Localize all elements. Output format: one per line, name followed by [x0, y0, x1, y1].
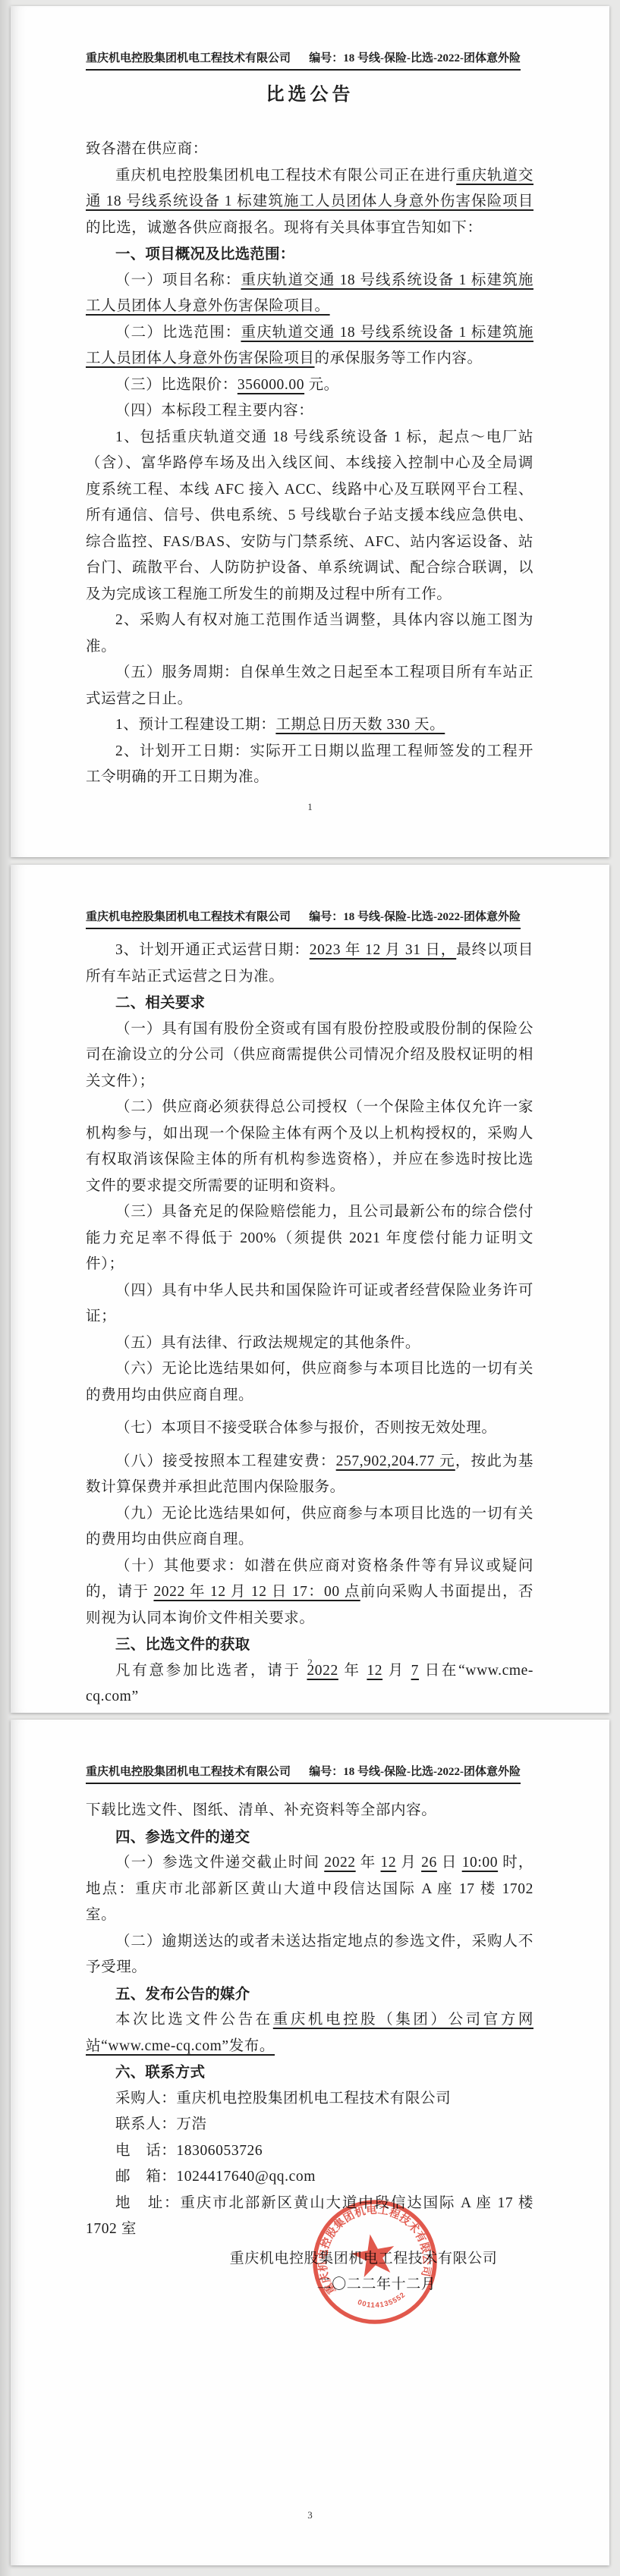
section-heading: 二、相关要求	[86, 990, 533, 1016]
section-heading: 一、项目概况及比选范围：	[86, 241, 533, 268]
text-run: 二、相关要求	[115, 994, 205, 1011]
underlined-text: 2022 年 12 月 12 日 17：00 点	[153, 1584, 360, 1600]
text-run: 年	[356, 1855, 381, 1871]
underlined-text: 257,902,204.77 元	[336, 1453, 455, 1469]
text-run: 下载比选文件、图纸、清单、补充资料等全部内容。	[86, 1802, 436, 1818]
text-run: 日	[437, 1855, 462, 1871]
text-run: （三）具备充足的保险赔偿能力，且公司最新公布的综合偿付能力充足率不得低于 200…	[86, 1204, 533, 1272]
section-heading: 三、比选文件的获取	[86, 1632, 533, 1658]
text-run: （二）供应商必须获得总公司授权（一个保险主体仅允许一家机构参与，如出现一个保险主…	[86, 1099, 533, 1194]
underlined-text: 12	[381, 1855, 397, 1871]
text-run: （三）比选限价：	[115, 377, 238, 393]
header-doc-number: 编号：18 号线-保险-比选-2022-团体意外险	[309, 1765, 521, 1779]
paragraph: 下载比选文件、图纸、清单、补充资料等全部内容。	[86, 1798, 533, 1824]
underlined-text: 356000.00	[238, 377, 304, 393]
text-run: （二）比选范围：	[115, 325, 241, 341]
text-run: （一）项目名称：	[115, 272, 241, 288]
header-doc-number: 编号：18 号线-保险-比选-2022-团体意外险	[309, 52, 521, 65]
text-run: （四）本标段工程主要内容：	[115, 403, 313, 419]
paragraph: 1、预计工程建设工期：工期总日历天数 330 天。	[86, 712, 533, 739]
page-header: 重庆机电控股集团机电工程技术有限公司 编号：18 号线-保险-比选-2022-团…	[86, 910, 521, 929]
underlined-text: 10:00	[462, 1855, 498, 1871]
text-run: 的比选，诚邀各供应商报名。现将有关具体事宜告知如下：	[86, 220, 483, 236]
paragraph: （一）项目名称：重庆轨道交通 18 号线系统设备 1 标建筑施工人员团体人身意外…	[86, 268, 533, 320]
text-run: （四）具有中华人民共和国保险许可证或者经营保险业务许可证；	[86, 1283, 533, 1325]
paragraph: （五）具有法律、行政法规规定的其他条件。	[86, 1330, 533, 1357]
page-3: 重庆机电控股集团机电工程技术有限公司 编号：18 号线-保险-比选-2022-团…	[11, 1720, 609, 2565]
paragraph: 重庆机电控股集团机电工程技术有限公司正在进行重庆轨道交通 18 号线系统设备 1…	[86, 163, 533, 242]
text-run: （二）逾期送达的或者未送达指定地点的参选文件，采购人不予受理。	[86, 1934, 533, 1976]
paragraph: 电 话：18306053726	[86, 2138, 533, 2165]
paragraph: （三）具备充足的保险赔偿能力，且公司最新公布的综合偿付能力充足率不得低于 200…	[86, 1199, 533, 1278]
text-run: （九）无论比选结果如何，供应商参与本项目比选的一切有关的费用均由供应商自理。	[86, 1506, 533, 1548]
text-run: （一）参选文件递交截止时间	[115, 1855, 324, 1871]
paragraph: （一）具有国有股份全资或有国有股份控股或股份制的保险公司在渝设立的分公司（供应商…	[86, 1016, 533, 1095]
text-run: 电 话：18306053726	[115, 2143, 263, 2159]
paragraph: 2、计划开工日期：实际开工日期以监理工程师签发的工程开工令明确的开工日期为准。	[86, 739, 533, 791]
page-number: 3	[11, 2509, 609, 2521]
paragraph: （四）具有中华人民共和国保险许可证或者经营保险业务许可证；	[86, 1278, 533, 1330]
document-title: 比选公告	[11, 83, 609, 106]
paragraph: 致各潜在供应商：	[86, 137, 533, 163]
paragraph: （七）本项目不接受联合体参与报价，否则按无效处理。	[86, 1415, 533, 1442]
section-heading: 六、联系方式	[86, 2059, 533, 2086]
paragraph: （九）无论比选结果如何，供应商参与本项目比选的一切有关的费用均由供应商自理。	[86, 1501, 533, 1553]
underlined-text: 2023 年 12 月 31 日，	[310, 942, 456, 958]
text-run: 四、参选文件的递交	[115, 1829, 250, 1846]
paragraph: （六）无论比选结果如何，供应商参与本项目比选的一切有关的费用均由供应商自理。	[86, 1356, 533, 1409]
text-run: 元。	[304, 377, 339, 393]
paragraph: （八）接受按照本工程建安费：257,902,204.77 元，按此为基数计算保费…	[86, 1449, 533, 1501]
text-run: （六）无论比选结果如何，供应商参与本项目比选的一切有关的费用均由供应商自理。	[86, 1361, 533, 1403]
text-run: 2、采购人有权对施工范围作适当调整，具体内容以施工图为准。	[86, 612, 533, 655]
text-run: （五）具有法律、行政法规规定的其他条件。	[115, 1335, 420, 1351]
paragraph: （一）参选文件递交截止时间 2022 年 12 月 26 日 10:00 时，地…	[86, 1850, 533, 1929]
seal-icon: 重庆机电控股集团机电工程技术有限公司 5001141355521	[301, 2188, 450, 2337]
text-run: 致各潜在供应商：	[86, 141, 208, 157]
text-run: 六、联系方式	[115, 2064, 205, 2081]
section-heading: 四、参选文件的递交	[86, 1824, 533, 1851]
header-company: 重庆机电控股集团机电工程技术有限公司	[86, 52, 291, 65]
page-1: 重庆机电控股集团机电工程技术有限公司 编号：18 号线-保险-比选-2022-团…	[11, 6, 609, 857]
text-run: 一、项目概况及比选范围：	[115, 246, 294, 262]
text-run: （一）具有国有股份全资或有国有股份控股或股份制的保险公司在渝设立的分公司（供应商…	[86, 1021, 533, 1089]
text-run: 月	[396, 1855, 421, 1871]
text-run: 联系人：万浩	[115, 2116, 207, 2132]
text-run: 的承保服务等工作内容。	[315, 350, 483, 366]
document-scan: 重庆机电控股集团机电工程技术有限公司 编号：18 号线-保险-比选-2022-团…	[0, 0, 620, 2576]
paragraph: 本次比选文件公告在重庆机电控股（集团）公司官方网站“www.cme-cq.com…	[86, 2007, 533, 2059]
paragraph: （十）其他要求：如潜在供应商对资格条件等有异议或疑问的，请于 2022 年 12…	[86, 1553, 533, 1632]
header-doc-number: 编号：18 号线-保险-比选-2022-团体意外险	[309, 910, 521, 924]
paragraph: （二）供应商必须获得总公司授权（一个保险主体仅允许一家机构参与，如出现一个保险主…	[86, 1095, 533, 1199]
text-run: 邮 箱：1024417640@qq.com	[115, 2169, 316, 2185]
paragraph: 采购人：重庆机电控股集团机电工程技术有限公司	[86, 2086, 533, 2113]
page-header: 重庆机电控股集团机电工程技术有限公司 编号：18 号线-保险-比选-2022-团…	[86, 52, 521, 71]
text-run: 三、比选文件的获取	[115, 1636, 250, 1653]
text-run: 重庆机电控股集团机电工程技术有限公司正在进行	[115, 168, 456, 184]
paragraph: 2、采购人有权对施工范围作适当调整，具体内容以施工图为准。	[86, 608, 533, 660]
paragraph: （五）服务周期：自保单生效之日起至本工程项目所有车站正式运营之日止。	[86, 660, 533, 712]
page-1-body: 致各潜在供应商：重庆机电控股集团机电工程技术有限公司正在进行重庆轨道交通 18 …	[86, 137, 533, 791]
paragraph: 3、计划开通正式运营日期：2023 年 12 月 31 日，最终以项目所有车站正…	[86, 938, 533, 990]
header-company: 重庆机电控股集团机电工程技术有限公司	[86, 910, 291, 924]
underlined-text: 26	[421, 1855, 437, 1871]
text-run: 本次比选文件公告在	[115, 2012, 273, 2028]
page-header: 重庆机电控股集团机电工程技术有限公司 编号：18 号线-保险-比选-2022-团…	[86, 1765, 521, 1784]
header-company: 重庆机电控股集团机电工程技术有限公司	[86, 1765, 291, 1779]
text-run: （七）本项目不接受联合体参与报价，否则按无效处理。	[115, 1420, 497, 1436]
paragraph: 1、包括重庆轨道交通 18 号线系统设备 1 标，起点～电厂站（含）、富华路停车…	[86, 425, 533, 608]
underlined-text: 2022	[324, 1855, 355, 1871]
company-seal-stamp: 重庆机电控股集团机电工程技术有限公司 5001141355521	[301, 2188, 450, 2337]
text-run: 五、发布公告的媒介	[115, 1986, 250, 2003]
underlined-text: 工期总日历天数 330 天。	[275, 717, 445, 733]
text-run: 3、计划开通正式运营日期：	[115, 942, 310, 958]
page-number: 2	[11, 1657, 609, 1669]
paragraph: 邮 箱：1024417640@qq.com	[86, 2164, 533, 2191]
text-run: 采购人：重庆机电控股集团机电工程技术有限公司	[115, 2091, 451, 2106]
paragraph: （三）比选限价：356000.00 元。	[86, 372, 533, 399]
star-icon	[349, 2231, 399, 2279]
text-run: 2、计划开工日期：实际开工日期以监理工程师签发的工程开工令明确的开工日期为准。	[86, 743, 533, 786]
page-2-body: 3、计划开通正式运营日期：2023 年 12 月 31 日，最终以项目所有车站正…	[86, 938, 533, 1711]
text-run: 1、预计工程建设工期：	[115, 717, 275, 733]
page-2: 重庆机电控股集团机电工程技术有限公司 编号：18 号线-保险-比选-2022-团…	[11, 865, 609, 1713]
paragraph: 联系人：万浩	[86, 2112, 533, 2138]
text-run: 1、包括重庆轨道交通 18 号线系统设备 1 标，起点～电厂站（含）、富华路停车…	[86, 429, 533, 602]
section-heading: 五、发布公告的媒介	[86, 1981, 533, 2008]
paragraph: （四）本标段工程主要内容：	[86, 398, 533, 425]
page-3-body: 下载比选文件、图纸、清单、补充资料等全部内容。四、参选文件的递交（一）参选文件递…	[86, 1798, 533, 2243]
text-run: （五）服务周期：自保单生效之日起至本工程项目所有车站正式运营之日止。	[86, 664, 533, 707]
paragraph: （二）逾期送达的或者未送达指定地点的参选文件，采购人不予受理。	[86, 1929, 533, 1981]
page-number: 1	[11, 801, 609, 813]
text-run: （八）接受按照本工程建安费：	[115, 1453, 336, 1469]
paragraph: （二）比选范围：重庆轨道交通 18 号线系统设备 1 标建筑施工人员团体人身意外…	[86, 320, 533, 372]
